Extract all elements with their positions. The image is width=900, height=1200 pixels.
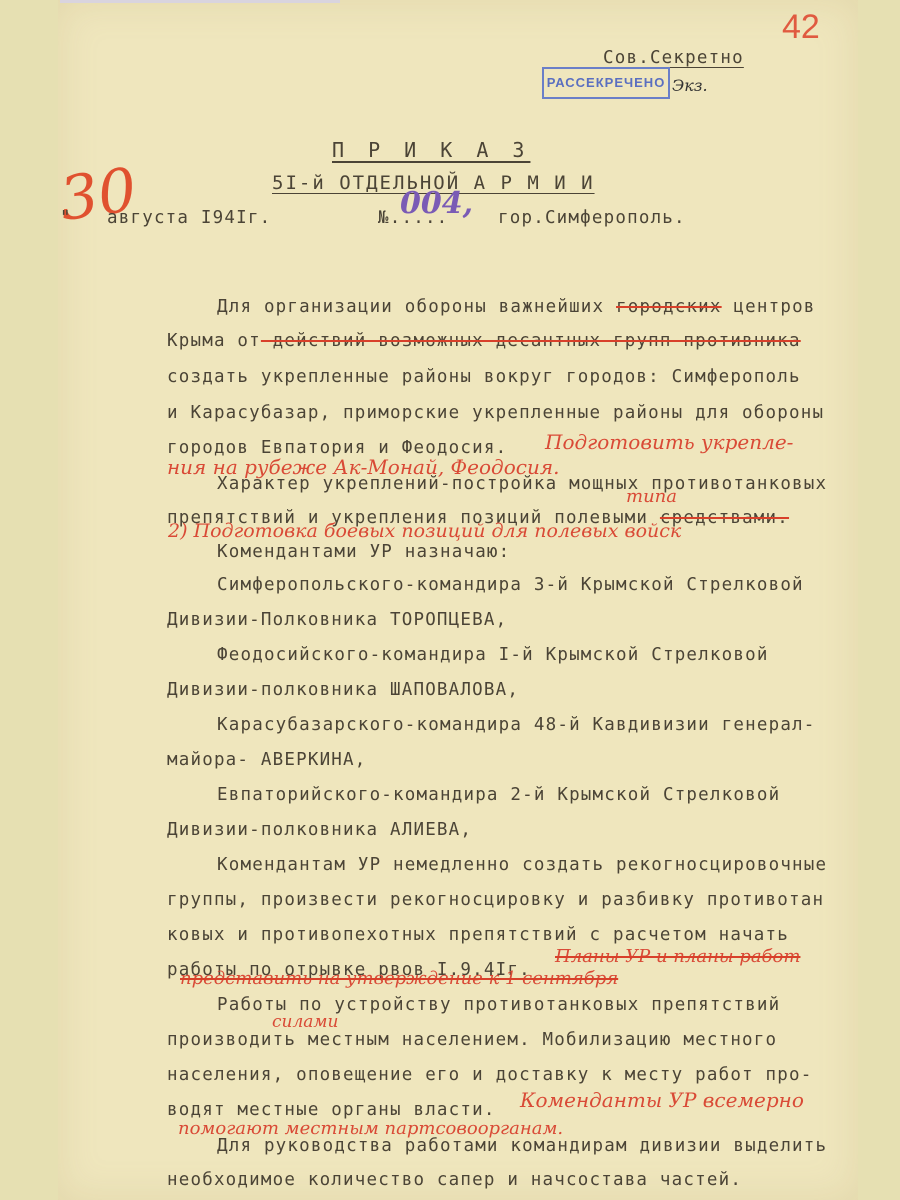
page-edge — [60, 0, 340, 3]
body-line-18: группы, произвести рекогносцировку и раз… — [167, 890, 824, 910]
handwritten-note-3a: Планы УР и планы работ — [555, 946, 800, 967]
document-title: П Р И К А З — [332, 138, 530, 162]
body-line-8: Комендантами УР назначаю: — [217, 542, 510, 562]
body-line-6: Характер укреплений-постройка мощных про… — [217, 474, 827, 494]
handwritten-note-2: 2) Подготовка боевых позиций для полевых… — [168, 520, 681, 542]
body-line-22: производить местным населением. Мобилиза… — [167, 1030, 777, 1050]
body-line-16: Дивизии-полковника АЛИЕВА, — [167, 820, 472, 840]
body-line-2: Крыма от действий возможных десантных гр… — [167, 331, 801, 351]
place: гор.Симферополь. — [498, 208, 686, 228]
handwritten-note-3b: представить на утверждение к 1 сентября — [180, 968, 618, 989]
body-line-13: Карасубазарского-командира 48-й Кавдивиз… — [217, 715, 816, 735]
body-line-14: майора- АВЕРКИНА, — [167, 750, 367, 770]
body-line-12: Дивизии-полковника ШАПОВАЛОВА, — [167, 680, 519, 700]
copy-mark: Экз. — [672, 76, 708, 95]
body-line-26: необходимое количество сапер и начсостав… — [167, 1170, 742, 1190]
classification-label: Сов.Секретно — [603, 48, 744, 68]
handwritten-silami: силами — [272, 1012, 338, 1032]
body-line-10: Дивизии-Полковника ТОРОПЦЕВА, — [167, 610, 507, 630]
handwritten-note-1a: Подготовить укрепле- — [545, 430, 793, 454]
page-number: 42 — [782, 8, 820, 47]
body-line-11: Феодосийского-командира I-й Крымской Стр… — [217, 645, 769, 665]
handwritten-tipa: типа — [626, 486, 677, 507]
body-line-1: Для организации обороны важнейших городс… — [217, 297, 816, 317]
handwritten-note-5a: Коменданты УР всемерно — [520, 1088, 804, 1112]
body-line-23: населения, оповещение его и доставку к м… — [167, 1065, 812, 1085]
body-line-3: создать укрепленные районы вокруг городо… — [167, 367, 801, 387]
body-line-15: Евпаторийского-командира 2-й Крымской Ст… — [217, 785, 780, 805]
body-line-4: и Карасубазар, приморские укрепленные ра… — [167, 403, 824, 423]
declassified-stamp: РАССЕКРЕЧЕНО — [542, 67, 670, 99]
date-text: августа I94Iг. — [107, 208, 271, 228]
body-line-17: Комендантам УР немедленно создать рекогн… — [217, 855, 827, 875]
order-number: 004, — [400, 186, 473, 221]
body-line-9: Симферопольского-командира 3-й Крымской … — [217, 575, 804, 595]
body-line-24: водят местные органы власти. — [167, 1100, 496, 1120]
body-line-19: ковых и противопехотных препятствий с ра… — [167, 925, 789, 945]
body-line-25: Для руководства работами командирам диви… — [217, 1136, 827, 1156]
